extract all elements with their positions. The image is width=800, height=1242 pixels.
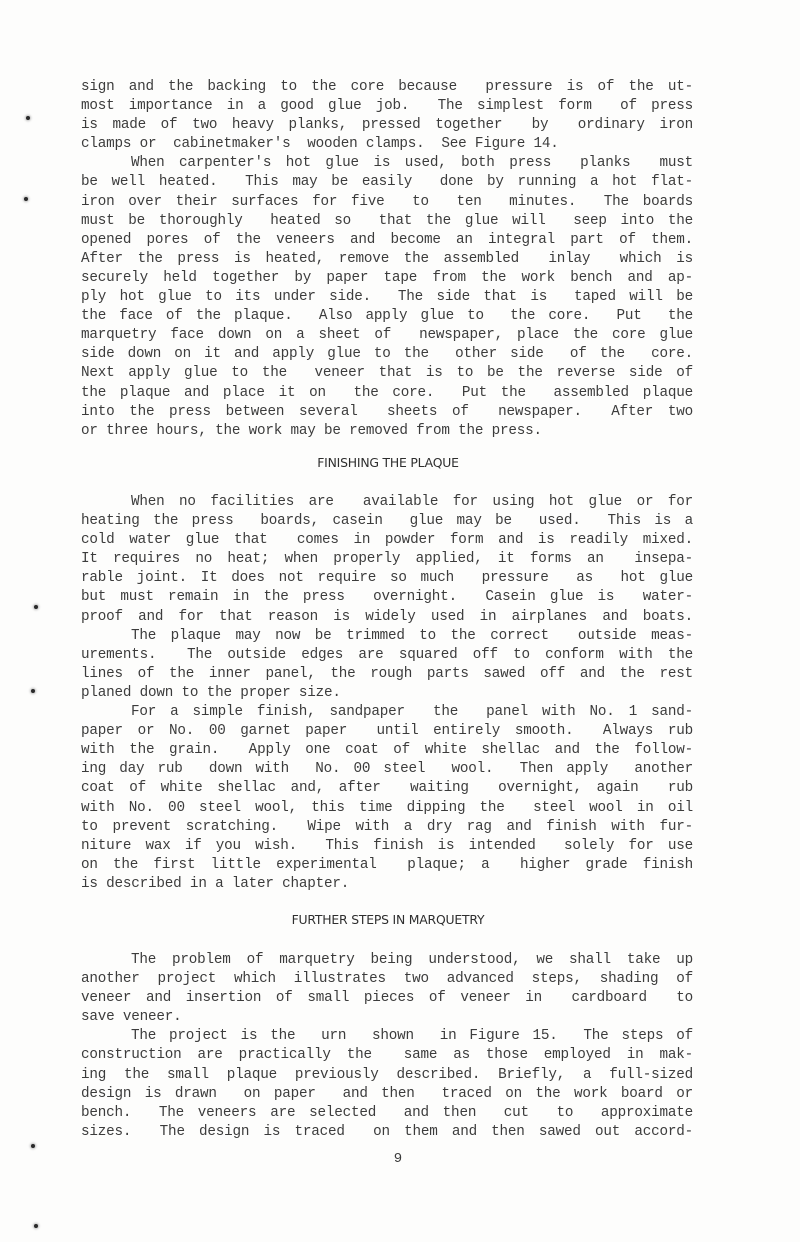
text-line: The project is the urn shown in Figure 1… (81, 1027, 693, 1046)
text-line: most importance in a good glue job. The … (81, 97, 693, 116)
text-line: sign and the backing to the core because… (81, 78, 693, 97)
text-line: iron over their surfaces for five to ten… (81, 193, 693, 212)
text-line: When no facilities are available for usi… (81, 493, 693, 512)
text-line: securely held together by paper tape fro… (81, 269, 693, 288)
text-line: be well heated. This may be easily done … (81, 173, 693, 192)
text-line: The problem of marquetry being understoo… (81, 951, 693, 970)
text-line: marquetry face down on a sheet of newspa… (81, 326, 693, 345)
scan-speck (26, 116, 30, 120)
text-line: design is drawn on paper and then traced… (81, 1085, 693, 1104)
text-line: cold water glue that comes in powder for… (81, 531, 693, 550)
text-line: bench. The veneers are selected and then… (81, 1104, 693, 1123)
text-line: on the first little experimental plaque;… (81, 856, 693, 875)
text-line: save veneer. (81, 1008, 693, 1027)
text-line: After the press is heated, remove the as… (81, 250, 693, 269)
text-line: veneer and insertion of small pieces of … (81, 989, 693, 1008)
text-line: with the grain. Apply one coat of white … (81, 741, 693, 760)
paragraph-block-intro: sign and the backing to the core because… (81, 78, 693, 441)
scan-speck (31, 1144, 35, 1148)
text-line: planed down to the proper size. (81, 684, 693, 703)
text-line: ing day rub down with No. 00 steel wool.… (81, 760, 693, 779)
text-line: is described in a later chapter. (81, 875, 693, 894)
text-line: When carpenter's hot glue is used, both … (81, 154, 693, 173)
text-line: clamps or cabinetmaker's wooden clamps. … (81, 135, 693, 154)
text-line: heating the press boards, casein glue ma… (81, 512, 693, 531)
text-line: construction are practically the same as… (81, 1046, 693, 1065)
text-line: the plaque and place it on the core. Put… (81, 384, 693, 403)
text-line: or three hours, the work may be removed … (81, 422, 693, 441)
text-line: Next apply glue to the veneer that is to… (81, 364, 693, 383)
text-line: must be thoroughly heated so that the gl… (81, 212, 693, 231)
text-line: into the press between several sheets of… (81, 403, 693, 422)
text-line: ply hot glue to its under side. The side… (81, 288, 693, 307)
section-heading-further-steps: FURTHER STEPS IN MARQUETRY (0, 912, 776, 927)
text-line: paper or No. 00 garnet paper until entir… (81, 722, 693, 741)
text-line: ing the small plaque previously describe… (81, 1066, 693, 1085)
text-line: It requires no heat; when properly appli… (81, 550, 693, 569)
page-number: 9 (0, 1151, 796, 1167)
scan-speck (31, 689, 35, 693)
text-line: coat of white shellac and, after waiting… (81, 779, 693, 798)
paragraph-block-finishing: When no facilities are available for usi… (81, 493, 693, 894)
scan-speck (34, 1224, 38, 1228)
section-heading-finishing: FINISHING THE PLAQUE (0, 455, 776, 470)
text-line: proof and for that reason is widely used… (81, 608, 693, 627)
text-line: lines of the inner panel, the rough part… (81, 665, 693, 684)
text-line: sizes. The design is traced on them and … (81, 1123, 693, 1142)
text-line: rable joint. It does not require so much… (81, 569, 693, 588)
text-line: but must remain in the press overnight. … (81, 588, 693, 607)
text-line: niture wax if you wish. This finish is i… (81, 837, 693, 856)
text-line: The plaque may now be trimmed to the cor… (81, 627, 693, 646)
text-line: the face of the plaque. Also apply glue … (81, 307, 693, 326)
text-line: another project which illustrates two ad… (81, 970, 693, 989)
paragraph-block-further-steps: The problem of marquetry being understoo… (81, 951, 693, 1142)
text-line: with No. 00 steel wool, this time dippin… (81, 799, 693, 818)
text-line: opened pores of the veneers and become a… (81, 231, 693, 250)
document-page: sign and the backing to the core because… (0, 0, 800, 1242)
text-line: is made of two heavy planks, pressed tog… (81, 116, 693, 135)
text-line: For a simple finish, sandpaper the panel… (81, 703, 693, 722)
text-line: urements. The outside edges are squared … (81, 646, 693, 665)
text-line: side down on it and apply glue to the ot… (81, 345, 693, 364)
text-line: to prevent scratching. Wipe with a dry r… (81, 818, 693, 837)
scan-speck (34, 605, 38, 609)
scan-speck (24, 197, 28, 201)
